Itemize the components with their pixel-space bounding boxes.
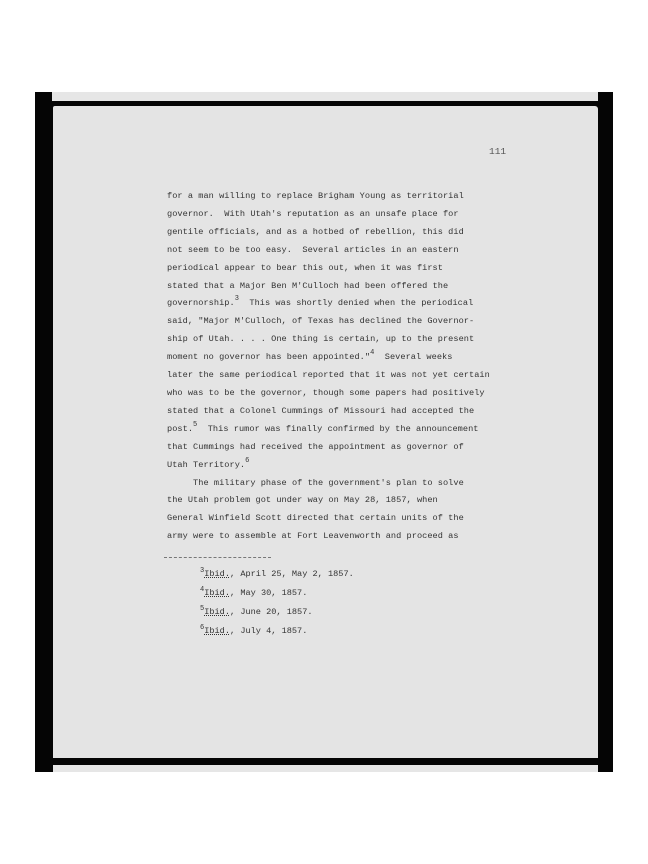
text-line: not seem to be too easy. Several article… xyxy=(167,242,512,260)
footnote: 3Ibid., April 25, May 2, 1857. xyxy=(200,565,354,584)
text-line: governor. With Utah's reputation as an u… xyxy=(167,206,512,224)
next-page-edge xyxy=(53,765,598,772)
text-line: who was to be the governor, though some … xyxy=(167,385,512,403)
footnote-marker: 6 xyxy=(245,457,249,465)
text-line: the Utah problem got under way on May 28… xyxy=(167,492,512,510)
text-line: moment no governor has been appointed."4… xyxy=(167,349,512,367)
text-line: post.5 This rumor was finally confirmed … xyxy=(167,421,512,439)
text-line: army were to assemble at Fort Leavenwort… xyxy=(167,528,512,546)
text-line: ship of Utah. . . . One thing is certain… xyxy=(167,331,512,349)
text-line: General Winfield Scott directed that cer… xyxy=(167,510,512,528)
footnote: 5Ibid., June 20, 1857. xyxy=(200,603,354,622)
text-line: said, "Major M'Culloch, of Texas has dec… xyxy=(167,313,512,331)
footnotes: 3Ibid., April 25, May 2, 1857.4Ibid., Ma… xyxy=(200,565,354,641)
text-line: The military phase of the government's p… xyxy=(167,475,512,493)
footnote: 4Ibid., May 30, 1857. xyxy=(200,584,354,603)
text-line: stated that a Colonel Cummings of Missou… xyxy=(167,403,512,421)
text-line: periodical appear to bear this out, when… xyxy=(167,260,512,278)
footnote: 6Ibid., July 4, 1857. xyxy=(200,622,354,641)
text-line: later the same periodical reported that … xyxy=(167,367,512,385)
previous-page-edge xyxy=(52,92,598,101)
text-line: gentile officials, and as a hotbed of re… xyxy=(167,224,512,242)
page-number: 111 xyxy=(489,146,506,157)
footnote-separator xyxy=(164,557,271,558)
text-line: Utah Territory.6 xyxy=(167,457,512,475)
text-line: for a man willing to replace Brigham You… xyxy=(167,188,512,206)
body-text: for a man willing to replace Brigham You… xyxy=(167,188,512,546)
text-line: stated that a Major Ben M'Culloch had be… xyxy=(167,278,512,296)
text-line: that Cummings had received the appointme… xyxy=(167,439,512,457)
text-line: governorship.3 This was shortly denied w… xyxy=(167,295,512,313)
